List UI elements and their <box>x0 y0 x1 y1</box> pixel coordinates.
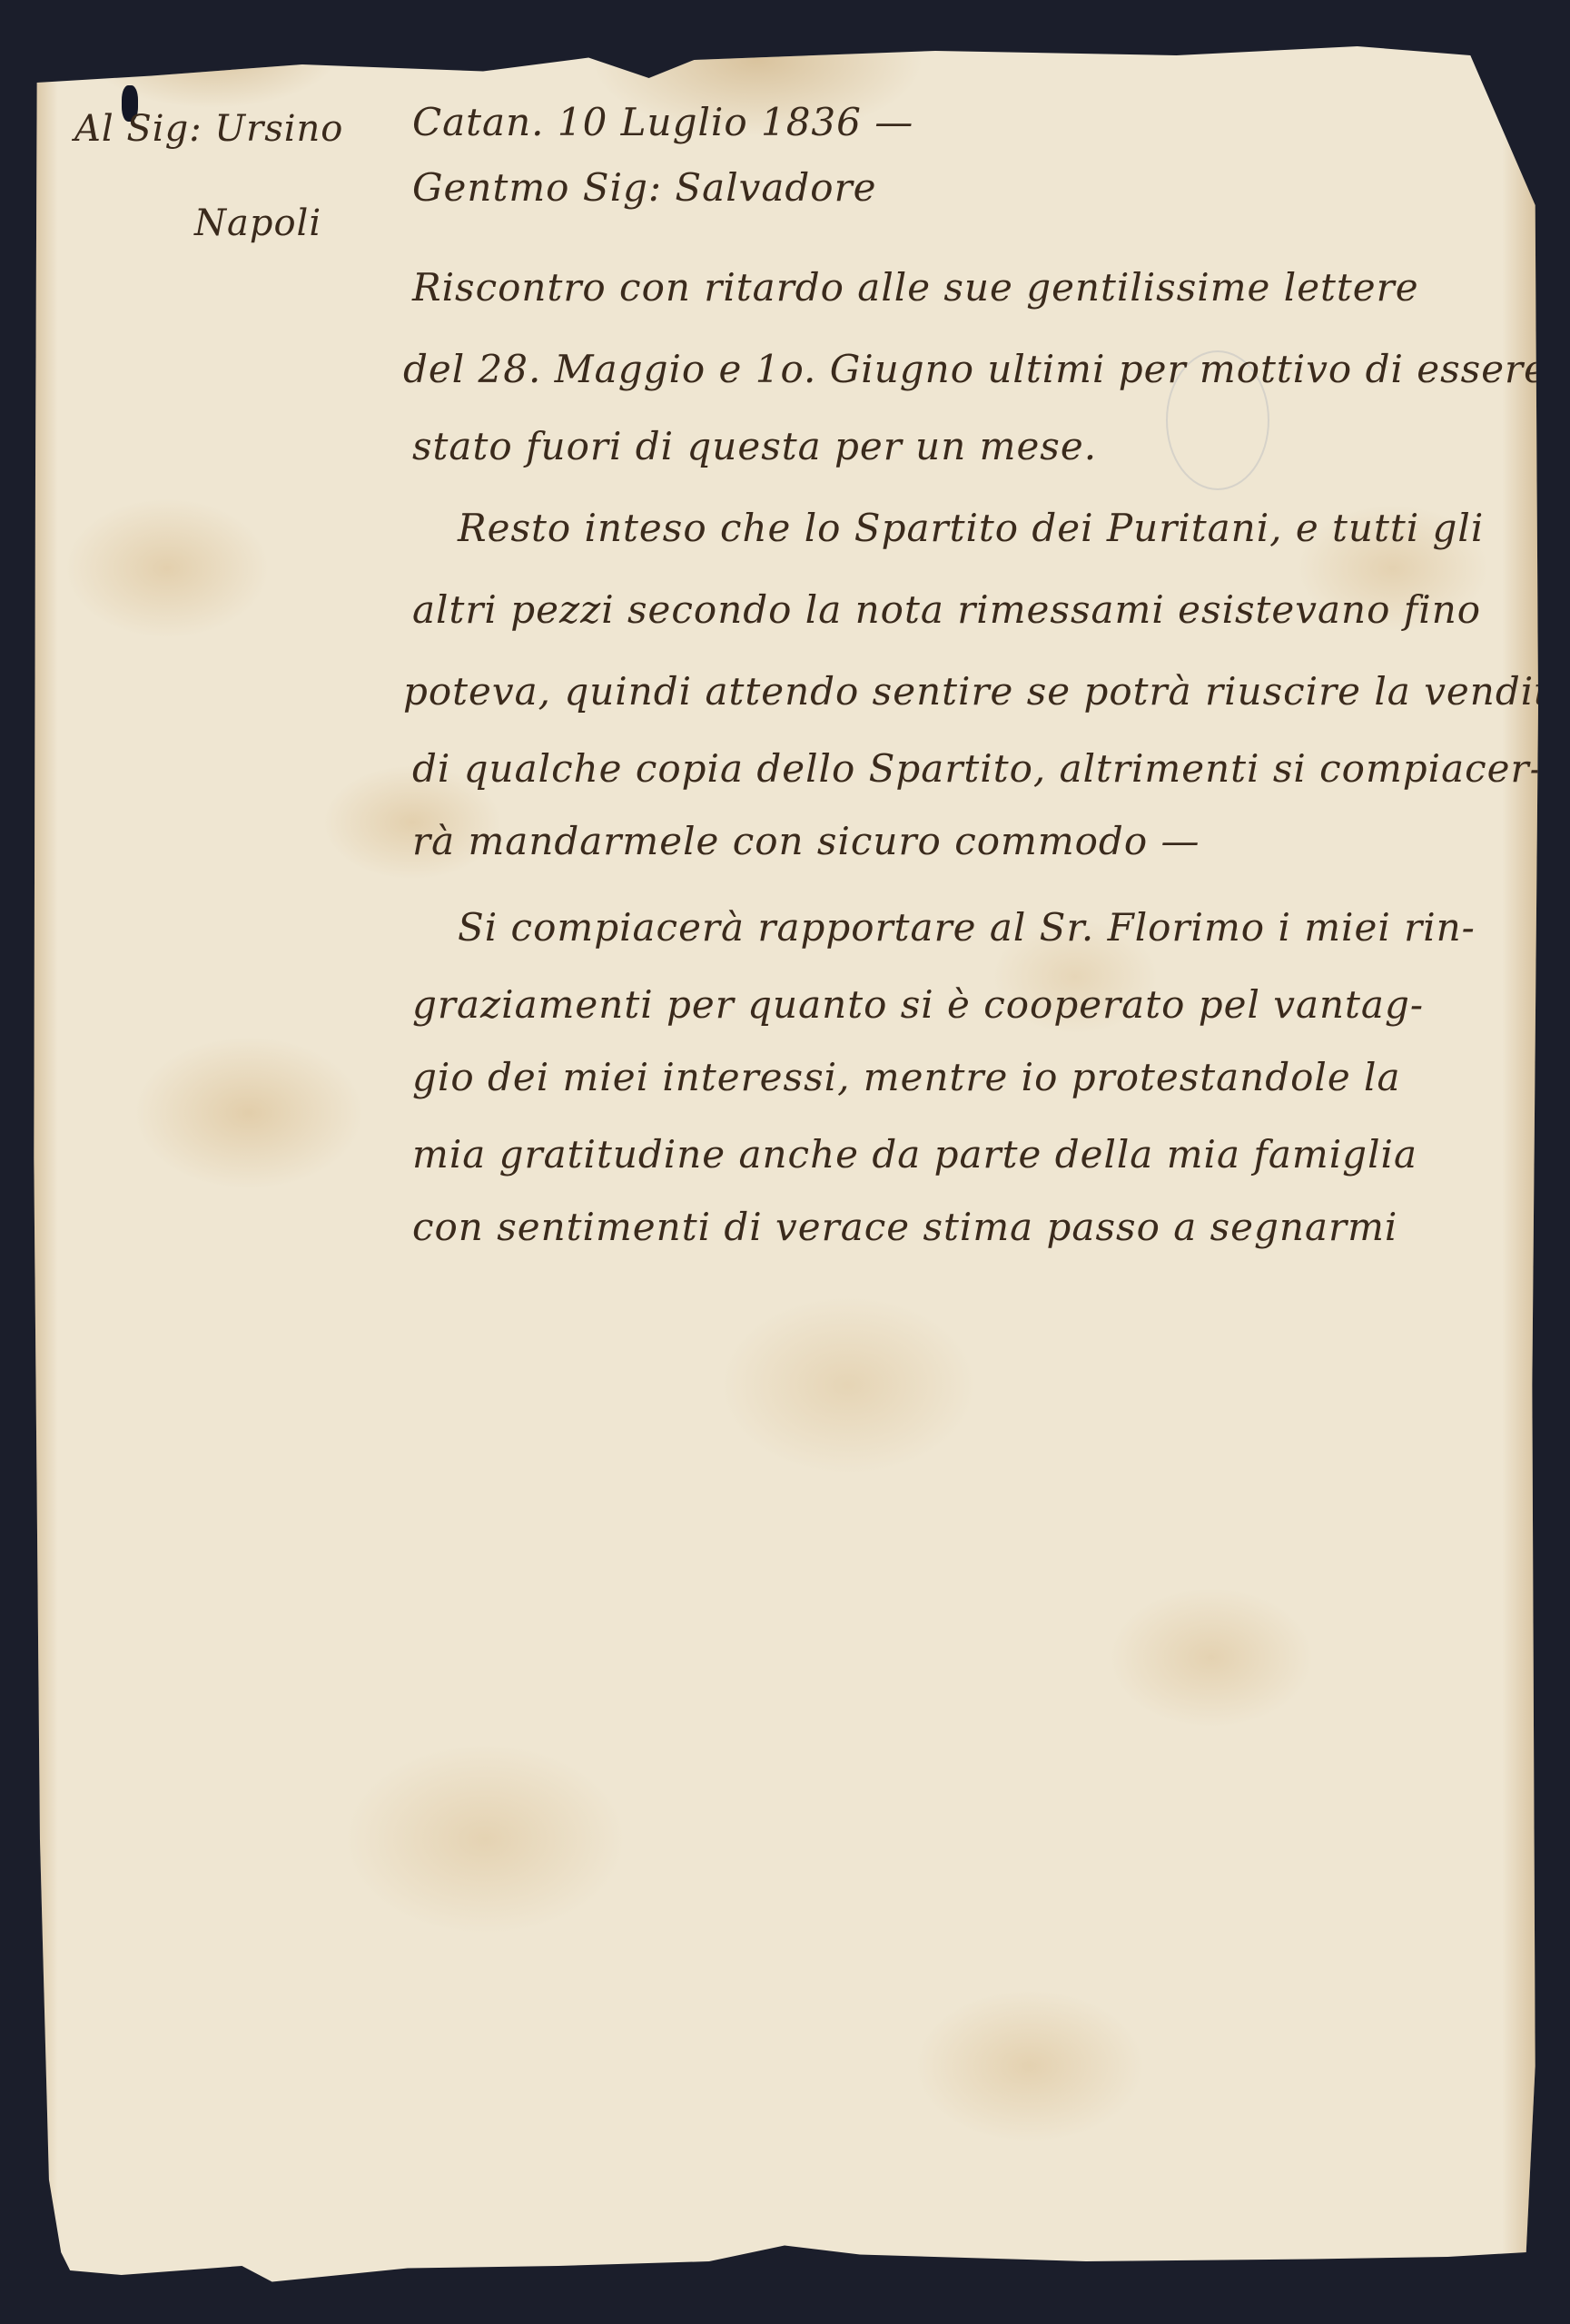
body-line-12: mia gratitudine anche da parte della mia… <box>412 1136 1417 1174</box>
body-line-7: di qualche copia dello Spartito, altrime… <box>412 750 1544 788</box>
body-line-1: Riscontro con ritardo alle sue gentiliss… <box>412 269 1419 307</box>
body-line-11: gio dei miei interessi, mentre io protes… <box>412 1059 1401 1097</box>
body-line-9: Si compiacerà rapportare al Sr. Florimo … <box>458 909 1476 947</box>
manuscript-page: Al Sig: Ursino Napoli Catan. 10 Luglio 1… <box>31 24 1538 2293</box>
place-date: Catan. 10 Luglio 1836 — <box>412 103 913 142</box>
body-line-5: altri pezzi secondo la nota rimessami es… <box>412 591 1481 629</box>
recipient-line: Al Sig: Ursino <box>74 111 343 147</box>
body-line-6: poteva, quindi attendo sentire se potrà … <box>403 673 1570 711</box>
body-line-8: rà mandarmele con sicuro commodo — <box>412 822 1200 861</box>
salutation: Gentmo Sig: Salvadore <box>412 169 877 207</box>
body-line-2: del 28. Maggio e 1o. Giugno ultimi per m… <box>403 350 1547 389</box>
body-line-10: graziamenti per quanto si è cooperato pe… <box>412 986 1424 1024</box>
body-line-3: stato fuori di questa per un mese. <box>412 428 1097 466</box>
recipient-city: Napoli <box>194 205 321 241</box>
body-line-4: Resto inteso che lo Spartito dei Puritan… <box>458 509 1484 547</box>
body-line-13: con sentimenti di verace stima passo a s… <box>412 1208 1397 1246</box>
